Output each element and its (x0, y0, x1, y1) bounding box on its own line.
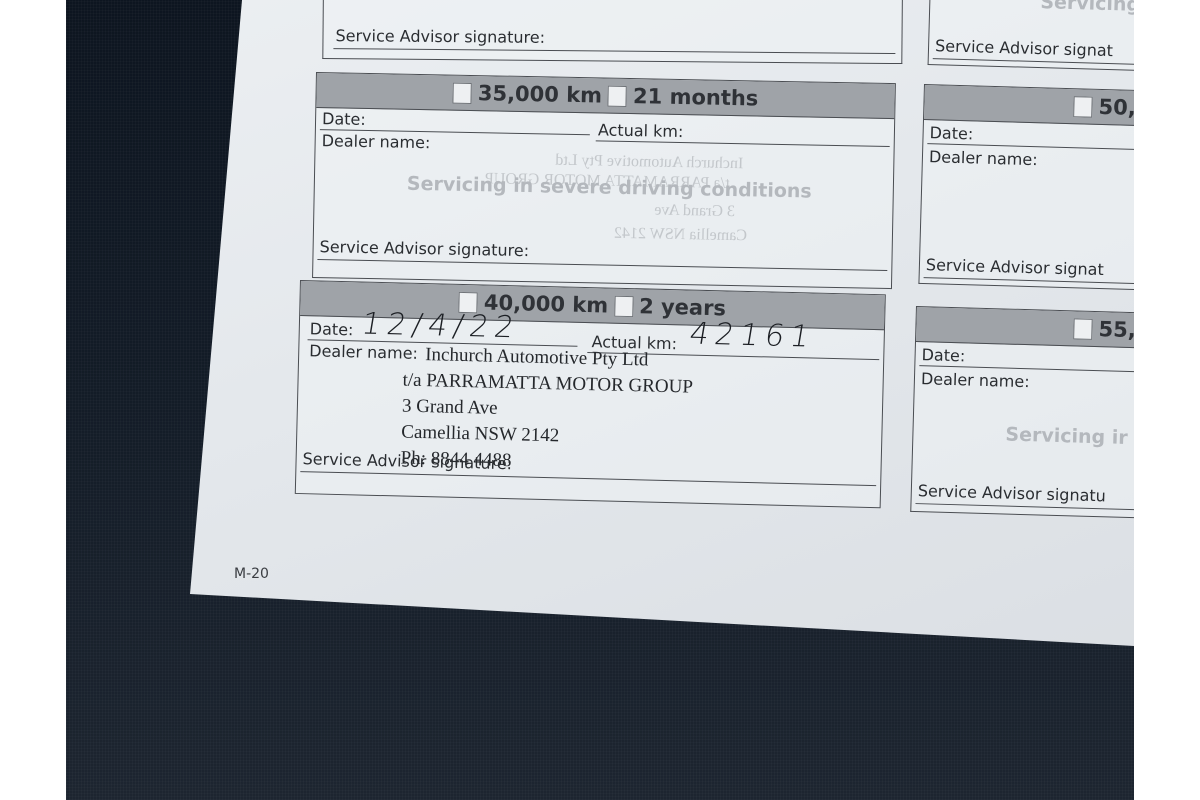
date-label: Date: (921, 345, 965, 365)
signature-label: Service Advisor signature: (335, 26, 545, 47)
page-number: M-20 (234, 566, 269, 582)
interval-time: 21 months (633, 84, 759, 110)
time-checkbox[interactable] (614, 295, 634, 316)
interval-km: 35,000 km (478, 81, 603, 107)
dealer-name-label: Dealer name: (309, 341, 418, 363)
severe-conditions-watermark: Servicing in severe driving conditions (407, 173, 812, 203)
bleed-through-line: Camellia NSW 2142 (614, 225, 747, 246)
signature-line (317, 259, 887, 271)
bleed-through-line: 3 Grand Ave (654, 202, 735, 222)
signature-label: Service Advisor signature: (319, 237, 529, 260)
actual-km-line (596, 140, 890, 147)
signature-line (333, 48, 895, 54)
km-checkbox[interactable] (1073, 96, 1093, 118)
interval-km: 55,0 (1098, 317, 1134, 342)
service-entry-40000: 40,000 km 2 years Date: 12/4/22 Actual k… (295, 280, 886, 508)
actual-km-handwritten[interactable]: 42161 (687, 317, 818, 355)
signature-label: Service Advisor signat (926, 255, 1104, 279)
date-label: Date: (322, 109, 366, 129)
interval-header: 55,0 (916, 307, 1134, 349)
km-checkbox[interactable] (1073, 318, 1093, 340)
severe-conditions-watermark: Servicing ir (1005, 424, 1128, 449)
dealer-name-label: Dealer name: (322, 131, 431, 152)
date-label: Date: (310, 319, 354, 339)
bleed-through-line: Inchurch Automotive Pty Ltd (555, 152, 743, 174)
dealer-name-label: Dealer name: (929, 147, 1038, 169)
km-checkbox[interactable] (453, 82, 472, 103)
service-entry-top-right: Servicing i Service Advisor signat (928, 0, 1134, 71)
service-entry-55000: 55,0 Date: Dealer name: Servicing ir Ser… (910, 306, 1134, 518)
photo-background: Service Advisor signature: 35,000 km 21 … (66, 0, 1134, 800)
severe-conditions-watermark: Servicing i (1040, 0, 1134, 16)
signature-label: Service Advisor signat (935, 36, 1113, 60)
service-entry-50000: 50,0 Date: Dealer name: Service Advisor … (918, 84, 1134, 290)
date-handwritten[interactable]: 12/4/22 (359, 307, 522, 346)
interval-km: 50,0 (1098, 95, 1134, 120)
dealer-name-label: Dealer name: (921, 369, 1030, 391)
interval-header: 35,000 km 21 months (316, 73, 895, 119)
service-entry-35000: 35,000 km 21 months Date: Actual km: Dea… (312, 72, 896, 289)
date-label: Date: (929, 123, 973, 143)
signature-label: Service Advisor signature: (302, 449, 512, 473)
actual-km-label: Actual km: (598, 120, 684, 141)
signature-label: Service Advisor signatu (918, 481, 1107, 505)
service-entry-top-left: Service Advisor signature: (322, 0, 903, 64)
interval-header: 50,0 (924, 85, 1134, 126)
time-checkbox[interactable] (608, 85, 627, 106)
